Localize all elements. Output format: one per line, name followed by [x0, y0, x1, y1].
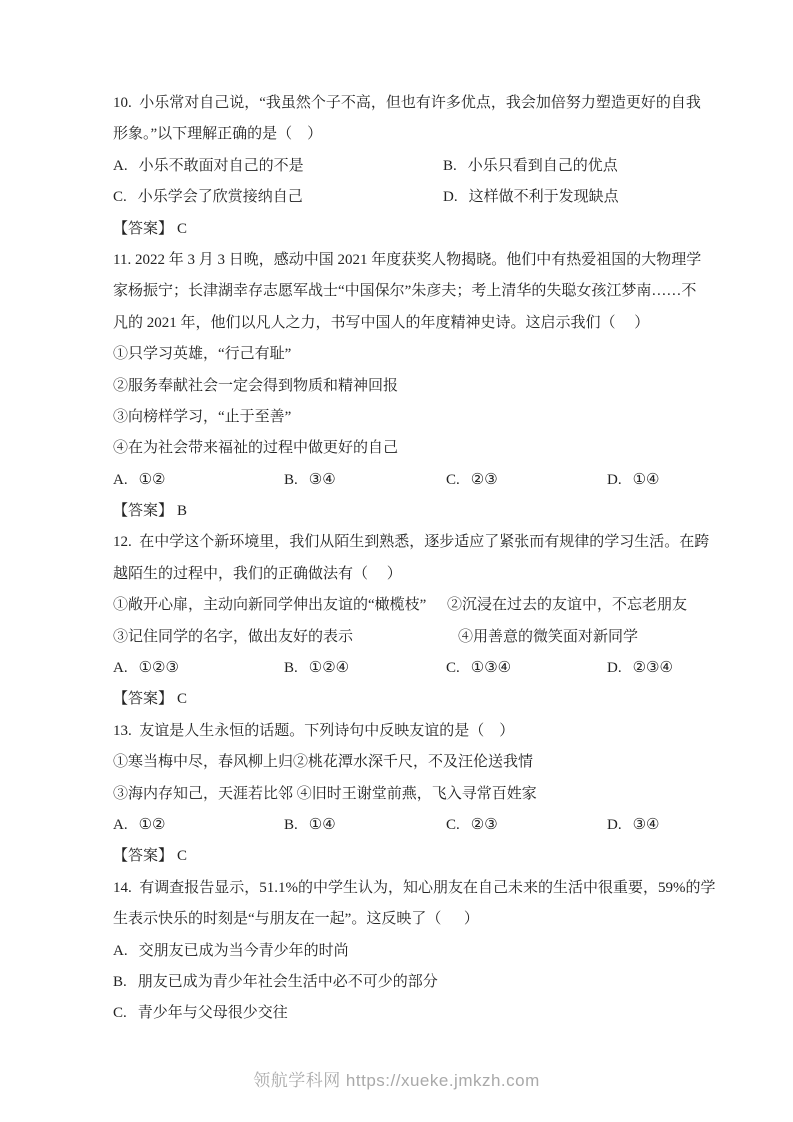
- question-14-stem-line-2: 生表示快乐的时刻是“与朋友在一起”。这反映了（ ）: [113, 904, 680, 935]
- exam-page: 10. 小乐常对自己说，“我虽然个子不高，但也有许多优点，我会加倍努力塑造更好的…: [0, 0, 793, 1122]
- option-text: ①④: [309, 817, 336, 833]
- question-10-answer-line: 【答案】C: [113, 214, 680, 245]
- question-11-option-b: B.③④: [284, 465, 336, 496]
- option-label: C.: [113, 1005, 127, 1021]
- option-text: 交朋友已成为当今青少年的时尚: [139, 943, 349, 959]
- option-text: ①②: [139, 817, 166, 833]
- option-label: D.: [607, 817, 622, 833]
- question-12-sub-item-2: ②沉浸在过去的友谊中，不忘老朋友: [447, 590, 687, 621]
- question-14: 14. 有调查报告显示，51.1%的中学生认为，知心朋友在自己未来的生活中很重要…: [113, 873, 680, 1030]
- question-10-option-c: C.小乐学会了欣赏接纳自己: [113, 182, 303, 213]
- question-12-option-b: B.①②④: [284, 653, 349, 684]
- question-11-option-a: A.①②: [113, 465, 166, 496]
- option-text: ①④: [633, 472, 660, 488]
- option-label: D.: [607, 660, 622, 676]
- option-label: A.: [113, 472, 128, 488]
- question-12-stem-line-1: 12. 在中学这个新环境里，我们从陌生到熟悉，逐步适应了紧张而有规律的学习生活。…: [113, 527, 680, 558]
- option-text: ②③: [471, 817, 498, 833]
- question-12-sub-item-3: ③记住同学的名字，做出友好的表示: [113, 622, 353, 653]
- question-12-stem-line-2: 越陌生的过程中，我们的正确做法有（ ）: [113, 559, 680, 590]
- question-10-stem-line-1: 10. 小乐常对自己说，“我虽然个子不高，但也有许多优点，我会加倍努力塑造更好的…: [113, 88, 680, 119]
- question-11-option-c: C.②③: [446, 465, 498, 496]
- question-11-stem-line-3: 凡的 2021 年，他们以凡人之力，书写中国人的年度精神史诗。这启示我们（ ）: [113, 308, 680, 339]
- option-text: 青少年与父母很少交往: [138, 1005, 288, 1021]
- question-13-option-c: C.②③: [446, 810, 498, 841]
- question-11-sub-item-4: ④在为社会带来福祉的过程中做更好的自己: [113, 433, 680, 464]
- option-label: B.: [284, 660, 298, 676]
- question-list: 10. 小乐常对自己说，“我虽然个子不高，但也有许多优点，我会加倍努力塑造更好的…: [113, 88, 680, 1030]
- option-label: B.: [284, 472, 298, 488]
- option-label: C.: [113, 189, 127, 205]
- option-text: ②③: [471, 472, 498, 488]
- question-14-option-b: B.朋友已成为青少年社会生活中必不可少的部分: [113, 967, 680, 998]
- option-text: ①②③: [139, 660, 179, 676]
- question-12-option-c: C.①③④: [446, 653, 511, 684]
- question-13-option-d: D.③④: [607, 810, 660, 841]
- option-label: A.: [113, 158, 128, 174]
- option-text: ②③④: [633, 660, 673, 676]
- option-text: ①②④: [309, 660, 349, 676]
- option-label: A.: [113, 943, 128, 959]
- answer-label: 【答案】: [113, 503, 173, 519]
- option-label: C.: [446, 817, 460, 833]
- answer-label: 【答案】: [113, 221, 173, 237]
- question-12-option-a: A.①②③: [113, 653, 179, 684]
- option-text: ③④: [309, 472, 336, 488]
- question-11-stem-line-2: 家杨振宁；长津湖幸存志愿军战士“中国保尔”朱彦夫；考上清华的失聪女孩江梦南……不: [113, 276, 680, 307]
- watermark-footer: 领航学科网 https://xueke.jmkzh.com: [0, 1066, 793, 1091]
- question-13-sub-item-row-2: ③海内存知己，天涯若比邻 ④旧时王谢堂前燕，飞入寻常百姓家: [113, 779, 680, 810]
- option-label: D.: [607, 472, 622, 488]
- question-13-options-row: A.①② B.①④ C.②③ D.③④: [113, 810, 680, 841]
- option-text: ①③④: [471, 660, 511, 676]
- option-text: ①②: [139, 472, 166, 488]
- question-10: 10. 小乐常对自己说，“我虽然个子不高，但也有许多优点，我会加倍努力塑造更好的…: [113, 88, 680, 245]
- option-text: 小乐只看到自己的优点: [468, 158, 618, 174]
- option-text: ③④: [633, 817, 660, 833]
- question-12-sub-row-2: ③记住同学的名字，做出友好的表示 ④用善意的微笑面对新同学: [113, 622, 680, 653]
- question-10-option-b: B.小乐只看到自己的优点: [443, 151, 618, 182]
- question-10-options-row-1: A.小乐不敢面对自己的不是 B.小乐只看到自己的优点: [113, 151, 680, 182]
- option-label: B.: [113, 974, 127, 990]
- question-14-stem-line-1: 14. 有调查报告显示，51.1%的中学生认为，知心朋友在自己未来的生活中很重要…: [113, 873, 680, 904]
- option-label: C.: [446, 472, 460, 488]
- question-13-sub-item-row-1: ①寒当梅中尽，春风柳上归②桃花潭水深千尺，不及汪伦送我情: [113, 747, 680, 778]
- question-12-options-row: A.①②③ B.①②④ C.①③④ D.②③④: [113, 653, 680, 684]
- answer-label: 【答案】: [113, 848, 173, 864]
- question-12-sub-item-1: ①敞开心扉，主动向新同学伸出友谊的“橄榄枝”: [113, 590, 426, 621]
- option-label: A.: [113, 817, 128, 833]
- option-label: C.: [446, 660, 460, 676]
- option-text: 小乐学会了欣赏接纳自己: [138, 189, 303, 205]
- question-11-sub-item-3: ③向榜样学习，“止于至善”: [113, 402, 680, 433]
- question-12-sub-item-4: ④用善意的微笑面对新同学: [458, 622, 638, 653]
- answer-letter: C: [177, 848, 187, 864]
- question-13-option-a: A.①②: [113, 810, 166, 841]
- question-12-option-d: D.②③④: [607, 653, 673, 684]
- answer-letter: C: [177, 221, 187, 237]
- option-label: B.: [284, 817, 298, 833]
- answer-letter: C: [177, 691, 187, 707]
- question-10-options-row-2: C.小乐学会了欣赏接纳自己 D.这样做不利于发现缺点: [113, 182, 680, 213]
- question-11-option-d: D.①④: [607, 465, 660, 496]
- question-11-stem-line-1: 11. 2022 年 3 月 3 日晚，感动中国 2021 年度获奖人物揭晓。他…: [113, 245, 680, 276]
- option-label: B.: [443, 158, 457, 174]
- option-label: D.: [443, 189, 458, 205]
- question-13-option-b: B.①④: [284, 810, 336, 841]
- answer-label: 【答案】: [113, 691, 173, 707]
- question-11: 11. 2022 年 3 月 3 日晚，感动中国 2021 年度获奖人物揭晓。他…: [113, 245, 680, 528]
- question-10-option-d: D.这样做不利于发现缺点: [443, 182, 619, 213]
- question-12-sub-row-1: ①敞开心扉，主动向新同学伸出友谊的“橄榄枝” ②沉浸在过去的友谊中，不忘老朋友: [113, 590, 680, 621]
- option-text: 朋友已成为青少年社会生活中必不可少的部分: [138, 974, 438, 990]
- question-13-stem-line-1: 13. 友谊是人生永恒的话题。下列诗句中反映友谊的是（ ）: [113, 716, 680, 747]
- option-text: 这样做不利于发现缺点: [469, 189, 619, 205]
- question-11-answer-line: 【答案】B: [113, 496, 680, 527]
- option-label: A.: [113, 660, 128, 676]
- question-11-sub-item-1: ①只学习英雄，“行己有耻”: [113, 339, 680, 370]
- question-14-option-c: C.青少年与父母很少交往: [113, 998, 680, 1029]
- question-12-answer-line: 【答案】C: [113, 684, 680, 715]
- question-13-answer-line: 【答案】C: [113, 841, 680, 872]
- question-13: 13. 友谊是人生永恒的话题。下列诗句中反映友谊的是（ ） ①寒当梅中尽，春风柳…: [113, 716, 680, 873]
- question-10-stem-line-2: 形象。”以下理解正确的是（ ）: [113, 119, 680, 150]
- question-12: 12. 在中学这个新环境里，我们从陌生到熟悉，逐步适应了紧张而有规律的学习生活。…: [113, 527, 680, 715]
- question-10-option-a: A.小乐不敢面对自己的不是: [113, 151, 304, 182]
- question-14-option-a: A.交朋友已成为当今青少年的时尚: [113, 936, 680, 967]
- question-11-options-row: A.①② B.③④ C.②③ D.①④: [113, 465, 680, 496]
- option-text: 小乐不敢面对自己的不是: [139, 158, 304, 174]
- answer-letter: B: [177, 503, 187, 519]
- question-11-sub-item-2: ②服务奉献社会一定会得到物质和精神回报: [113, 371, 680, 402]
